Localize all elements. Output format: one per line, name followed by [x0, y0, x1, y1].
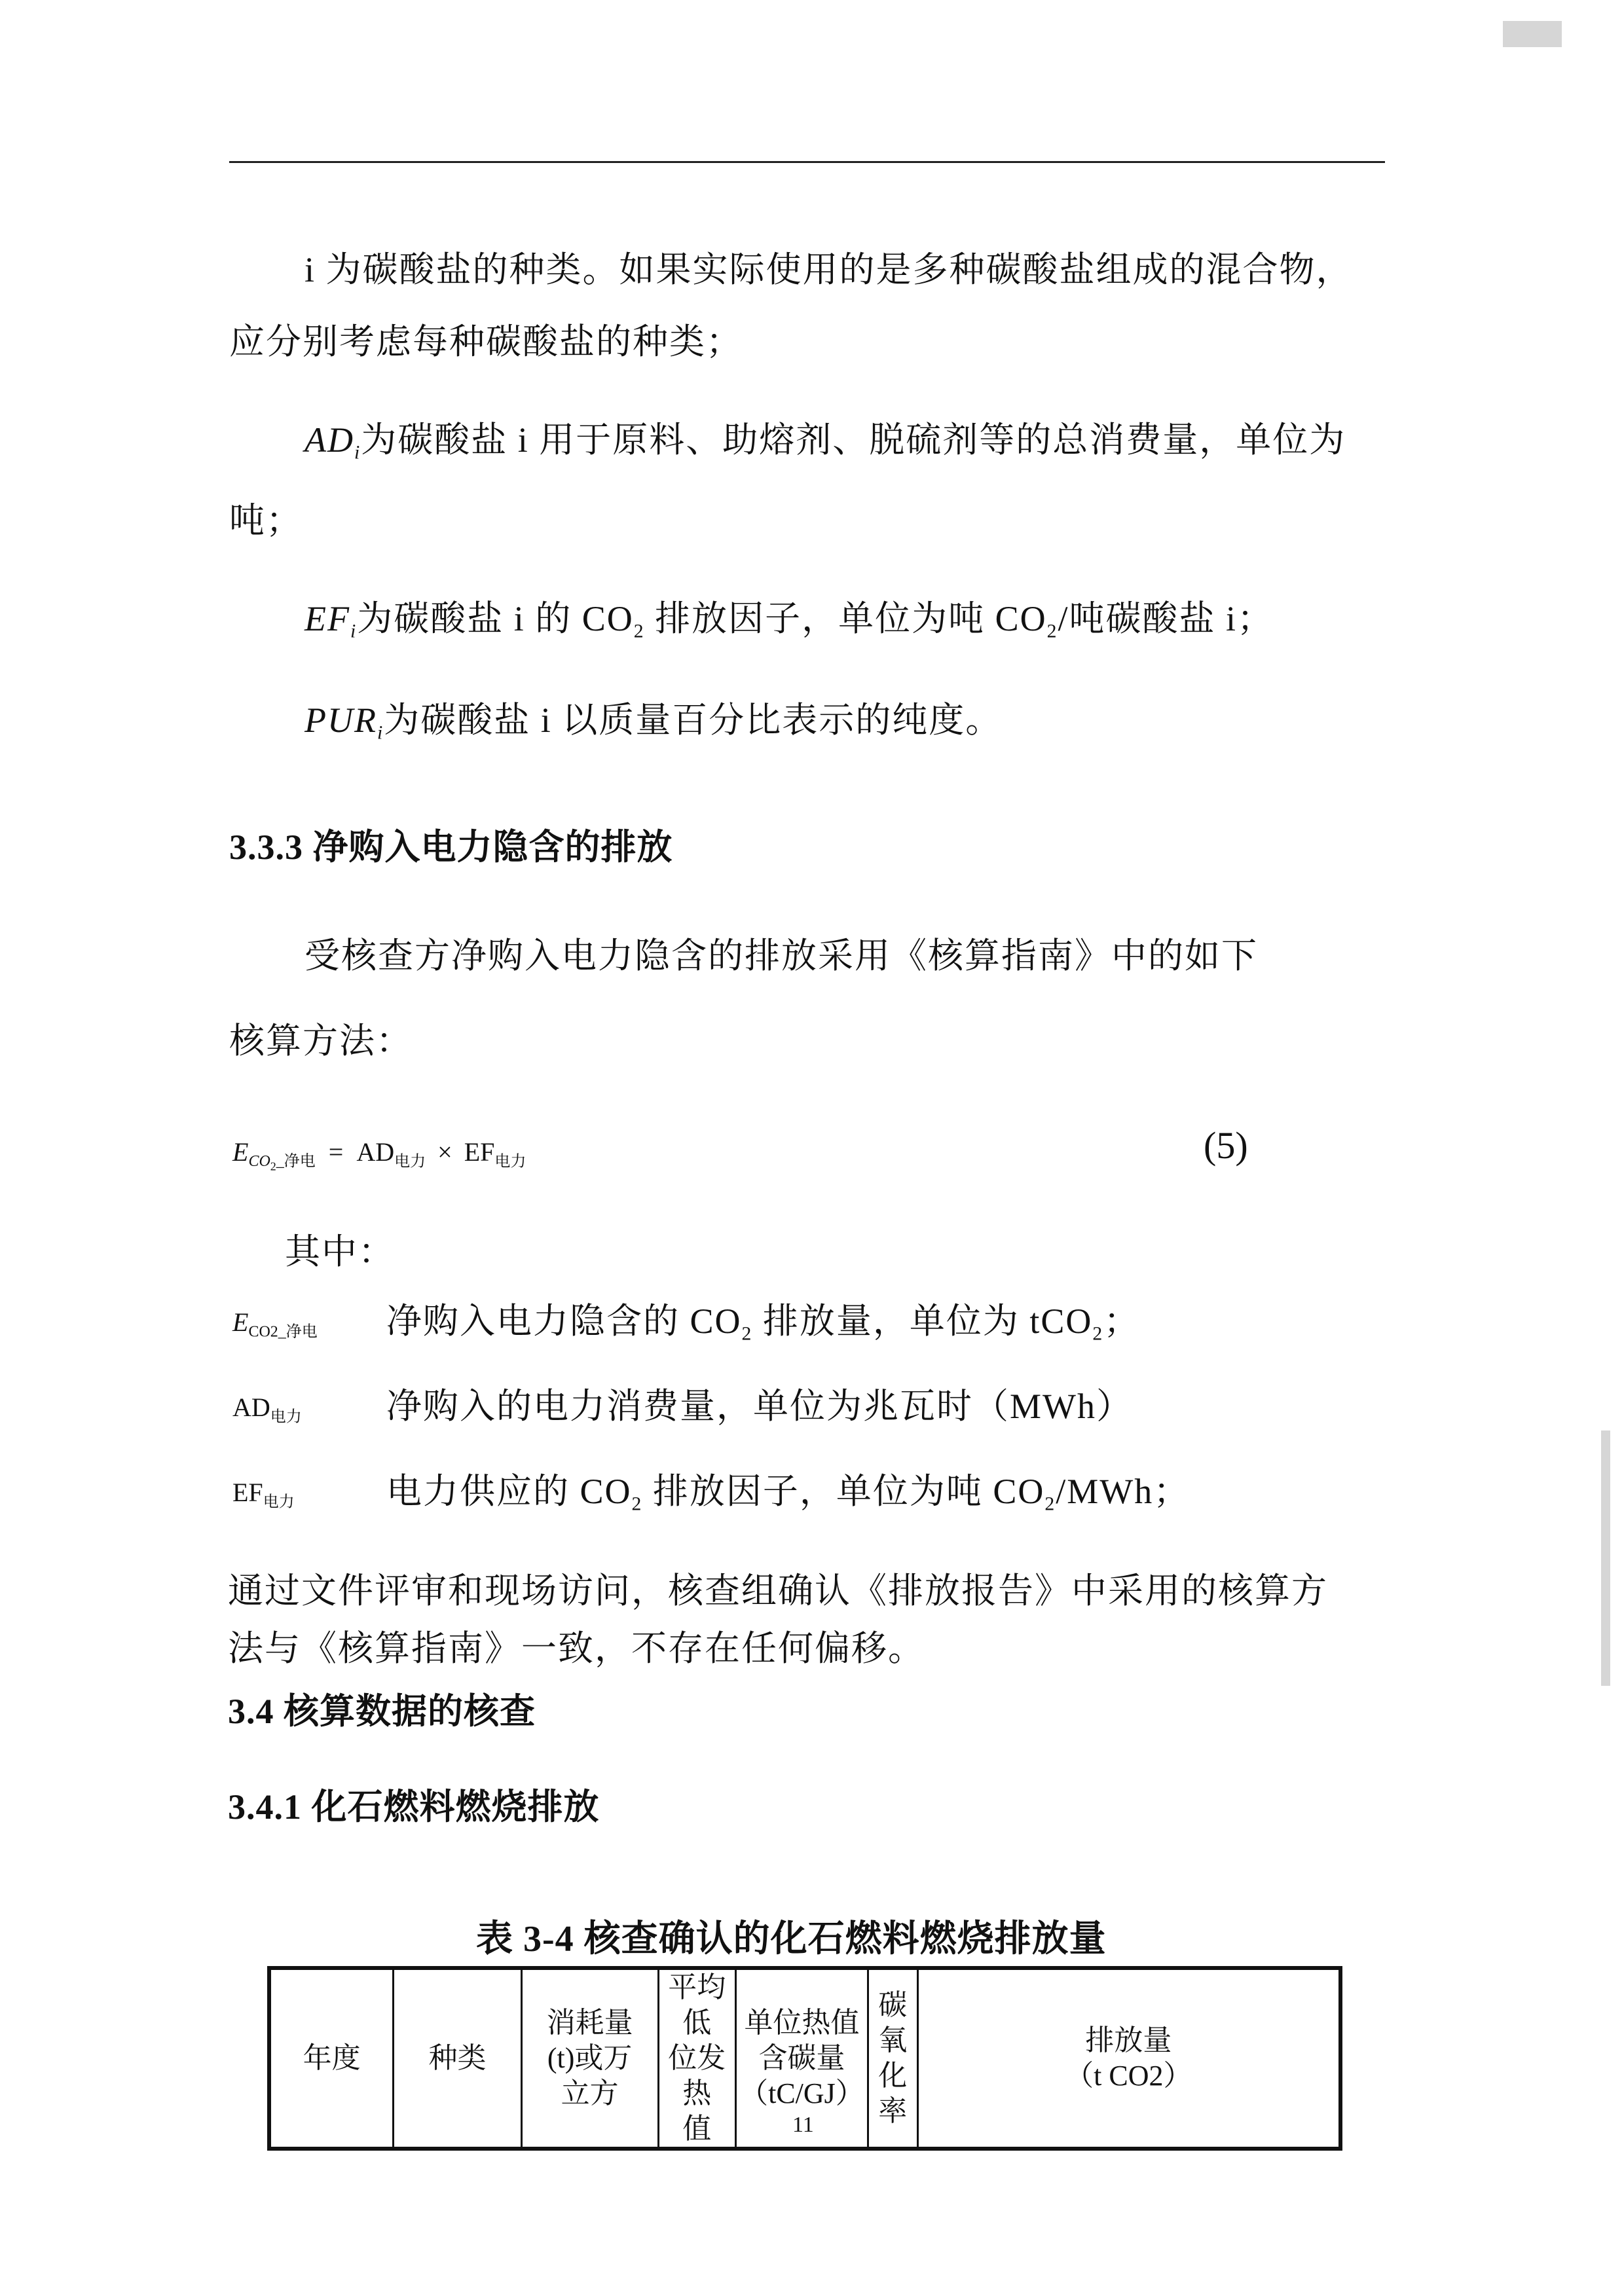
- header-line: 立方: [525, 2076, 655, 2111]
- section-heading-3-4: 3.4 核算数据的核查: [228, 1692, 536, 1731]
- where-label: 其中：: [285, 1232, 395, 1271]
- header-line: 化率: [872, 2058, 914, 2129]
- text: 为碳酸盐的种类。如果实际使用的是多种碳酸盐组成的混合物，: [326, 250, 1353, 289]
- section-heading-3-3-3: 3.3.3 净购入电力隐含的排放: [229, 828, 673, 867]
- subscript-2: 2: [634, 621, 645, 642]
- formula-lhs-sub-b: _净电: [276, 1153, 316, 1170]
- paragraph-carbonate-type-line2: 应分别考虑每种碳酸盐的种类；: [229, 322, 743, 361]
- text: 为碳酸盐 i 的 CO: [357, 599, 634, 638]
- intro-line2: 核算方法：: [229, 1021, 413, 1061]
- header-line: 排放量: [921, 2023, 1336, 2058]
- subscript-i: i: [350, 621, 357, 642]
- formula-ad-sub: 电力: [394, 1153, 426, 1170]
- scan-artifact: [1601, 1430, 1610, 1686]
- formula-sub-2: 2: [270, 1160, 276, 1173]
- symbol-sub: 电力: [270, 1408, 302, 1425]
- formula-5: ECO2_净电 = AD电力 × EF电力: [232, 1136, 526, 1183]
- header-line: (t)或万: [525, 2041, 655, 2076]
- text: 电力供应的 CO: [386, 1472, 632, 1511]
- text: 为碳酸盐 i 以质量百分比表示的纯度。: [384, 701, 1002, 740]
- page-number: 11: [792, 2112, 814, 2138]
- formula-ef: EF: [464, 1137, 495, 1167]
- col-oxidation-rate: 碳氧 化率: [868, 1968, 917, 2149]
- formula-ef-sub: 电力: [494, 1153, 526, 1170]
- symbol-sub: 电力: [263, 1493, 295, 1510]
- formula-equals: =: [329, 1137, 344, 1167]
- subscript-2: 2: [1047, 621, 1058, 642]
- conclusion-line1: 通过文件评审和现场访问，核查组确认《排放报告》中采用的核算方: [228, 1571, 1328, 1611]
- header-line: 单位热值: [739, 2005, 864, 2041]
- col-year: 年度: [269, 1968, 394, 2149]
- text: 排放因子，单位为吨 CO: [642, 1472, 1044, 1511]
- text: 排放量，单位为 tCO: [752, 1302, 1092, 1341]
- header-line: 年度: [274, 2041, 390, 2076]
- variable-ad: AD: [304, 420, 354, 460]
- header-line: （tC/GJ）: [739, 2076, 864, 2111]
- definition-desc-e: 净购入电力隐含的 CO2 排放量，单位为 tCO2；: [386, 1302, 1140, 1353]
- intro-line1: 受核查方净购入电力隐含的排放采用《核算指南》中的如下: [304, 936, 1258, 975]
- definition-symbol-ef: EF电力: [232, 1473, 295, 1522]
- subscript-2: 2: [1092, 1323, 1103, 1344]
- text: ；: [1103, 1302, 1140, 1341]
- col-ncv: 平均低 位发热 值: [658, 1968, 736, 2149]
- definition-symbol-ad: AD电力: [232, 1388, 302, 1436]
- symbol: E: [232, 1307, 248, 1337]
- paragraph-carbonate-type-line1: i 为碳酸盐的种类。如果实际使用的是多种碳酸盐组成的混合物，: [304, 250, 1353, 289]
- header-line: 含碳量: [739, 2041, 864, 2076]
- header-line: 值: [662, 2111, 733, 2147]
- paragraph-pur: PURi为碳酸盐 i 以质量百分比表示的纯度。: [304, 701, 1002, 752]
- paragraph-ad-line1: ADi为碳酸盐 i 用于原料、助熔剂、脱硫剂等的总消费量，单位为: [304, 420, 1346, 472]
- symbol-sub: CO2_净电: [248, 1323, 317, 1340]
- formula-lhs: E: [232, 1137, 248, 1167]
- header-line: 平均低: [662, 1970, 733, 2041]
- symbol: EF: [232, 1478, 263, 1507]
- subscript-2: 2: [632, 1493, 643, 1514]
- symbol: AD: [232, 1393, 270, 1422]
- subscript-2: 2: [1044, 1493, 1056, 1514]
- subscript-i: i: [354, 442, 361, 463]
- text: 吨；: [229, 501, 303, 540]
- definition-desc-ad: 净购入的电力消费量，单位为兆瓦时（MWh）: [386, 1387, 1133, 1426]
- scan-artifact: [1503, 21, 1562, 47]
- col-type: 种类: [394, 1968, 521, 2149]
- header-line: （t CO2）: [921, 2058, 1336, 2094]
- subscript-2: 2: [742, 1323, 753, 1344]
- variable-ef: EF: [304, 599, 350, 638]
- section-heading-3-4-1: 3.4.1 化石燃料燃烧排放: [228, 1787, 600, 1827]
- formula-ad: AD: [356, 1137, 394, 1167]
- formula-times: ×: [437, 1137, 452, 1167]
- paragraph-ad-line2: 吨；: [229, 501, 303, 540]
- formula-lhs-sub: CO: [248, 1153, 270, 1170]
- text: /吨碳酸盐 i；: [1058, 599, 1274, 638]
- text: /MWh；: [1056, 1472, 1190, 1511]
- text: 净购入电力隐含的 CO: [386, 1302, 742, 1341]
- variable-pur: PUR: [304, 701, 377, 740]
- paragraph-ef: EFi为碳酸盐 i 的 CO2 排放因子，单位为吨 CO2/吨碳酸盐 i；: [304, 599, 1274, 651]
- definition-desc-ef: 电力供应的 CO2 排放因子，单位为吨 CO2/MWh；: [386, 1472, 1190, 1523]
- equation-number: (5): [1204, 1125, 1248, 1167]
- header-line: 种类: [397, 2041, 517, 2076]
- header-rule: [229, 161, 1385, 163]
- text: 排放因子，单位为吨 CO: [645, 599, 1047, 638]
- header-line: 消耗量: [525, 2005, 655, 2041]
- col-emissions: 排放量 （t CO2）: [917, 1968, 1340, 2149]
- header-line: 位发热: [662, 2041, 733, 2111]
- col-consumption: 消耗量 (t)或万 立方: [521, 1968, 658, 2149]
- conclusion-line2: 法与《核算指南》一致，不存在任何偏移。: [228, 1629, 925, 1668]
- text: 为碳酸盐 i 用于原料、助熔剂、脱硫剂等的总消费量，单位为: [361, 420, 1346, 460]
- definition-symbol-e: ECO2_净电: [232, 1303, 318, 1351]
- table-caption: 表 3-4 核查确认的化石燃料燃烧排放量: [476, 1920, 1107, 1959]
- text: 应分别考虑每种碳酸盐的种类；: [229, 322, 743, 361]
- variable-i: i: [304, 250, 316, 289]
- subscript-i: i: [377, 722, 384, 743]
- header-line: 碳氧: [872, 1988, 914, 2058]
